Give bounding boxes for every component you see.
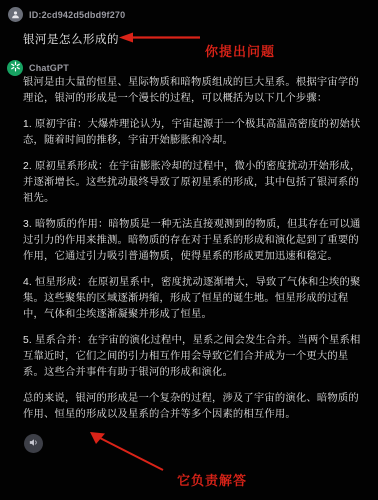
speaker-icon (28, 436, 39, 451)
annotation-answer-label: 它负责解答 (177, 470, 247, 489)
user-id-label: ID:2cd942d5dbd9f270 (29, 10, 125, 20)
assistant-message-header: ChatGPT (7, 60, 69, 76)
answer-paragraph: 1. 原初宇宙：大爆炸理论认为，宇宙起源于一个极其高温高密度的初始状态，随着时间… (23, 117, 363, 149)
chatgpt-label: ChatGPT (29, 63, 69, 73)
answer-paragraph: 总的来说，银河的形成是一个复杂的过程，涉及了宇宙的演化、暗物质的作用、恒星的形成… (23, 391, 363, 423)
person-icon (11, 6, 20, 24)
answer-paragraph: 2. 原初星系形成：在宇宙膨胀冷却的过程中，微小的密度扰动开始形成，并逐渐增长。… (23, 159, 363, 207)
user-avatar (8, 7, 23, 22)
read-aloud-button[interactable] (24, 434, 43, 453)
answer-paragraph: 银河是由大量的恒星、星际物质和暗物质组成的巨大星系。根据宇宙学的理论，银河的形成… (23, 75, 363, 107)
chatgpt-avatar (7, 60, 23, 76)
user-question-text: 银河是怎么形成的 (23, 31, 119, 47)
openai-logo-icon (10, 59, 21, 77)
answer-paragraph: 5. 星系合并：在宇宙的演化过程中，星系之间会发生合并。当两个星系相互靠近时，它… (23, 333, 363, 381)
user-message-header: ID:2cd942d5dbd9f270 (8, 7, 125, 22)
chat-screen: ID:2cd942d5dbd9f270 银河是怎么形成的 你提出问题 ChatG… (0, 0, 378, 500)
answer-paragraph: 3. 暗物质的作用：暗物质是一种无法直接观测到的物质，但其存在可以通过引力的作用… (23, 217, 363, 265)
annotation-question-label: 你提出问题 (205, 41, 275, 60)
assistant-answer: 银河是由大量的恒星、星际物质和暗物质组成的巨大星系。根据宇宙学的理论，银河的形成… (23, 75, 363, 423)
answer-paragraph: 4. 恒星形成：在原初星系中，密度扰动逐渐增大，导致了气体和尘埃的聚集。这些聚集… (23, 275, 363, 323)
annotation-arrow-answer (86, 428, 168, 476)
annotation-arrow-question (116, 30, 204, 45)
